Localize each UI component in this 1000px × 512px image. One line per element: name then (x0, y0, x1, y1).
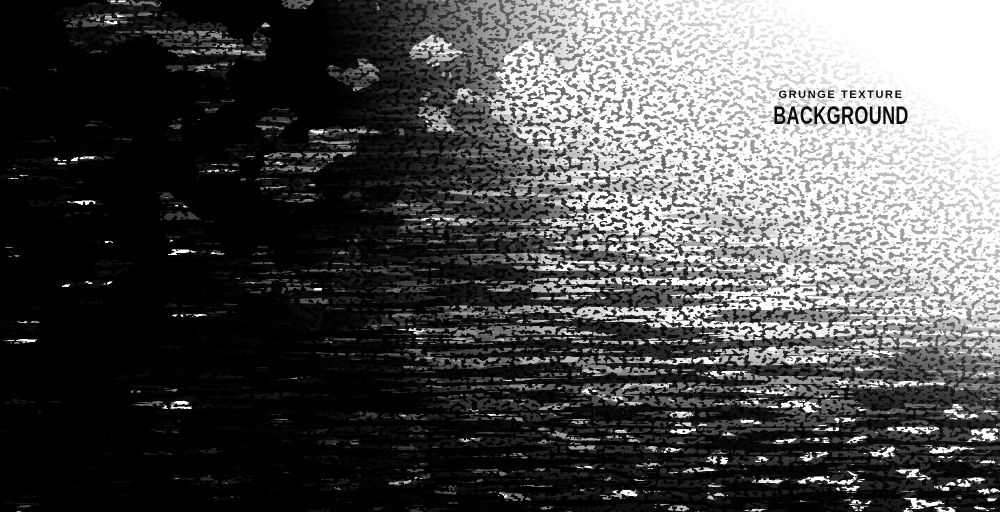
caption-kicker: GRUNGE TEXTURE (741, 89, 941, 101)
grunge-texture (0, 0, 1000, 512)
caption: GRUNGE TEXTURE BACKGROUND (741, 89, 941, 131)
ink-heavy-layer-bottomband (0, 0, 1000, 512)
caption-title: BACKGROUND (769, 102, 913, 131)
grunge-background-image: photos (0, 0, 1000, 512)
